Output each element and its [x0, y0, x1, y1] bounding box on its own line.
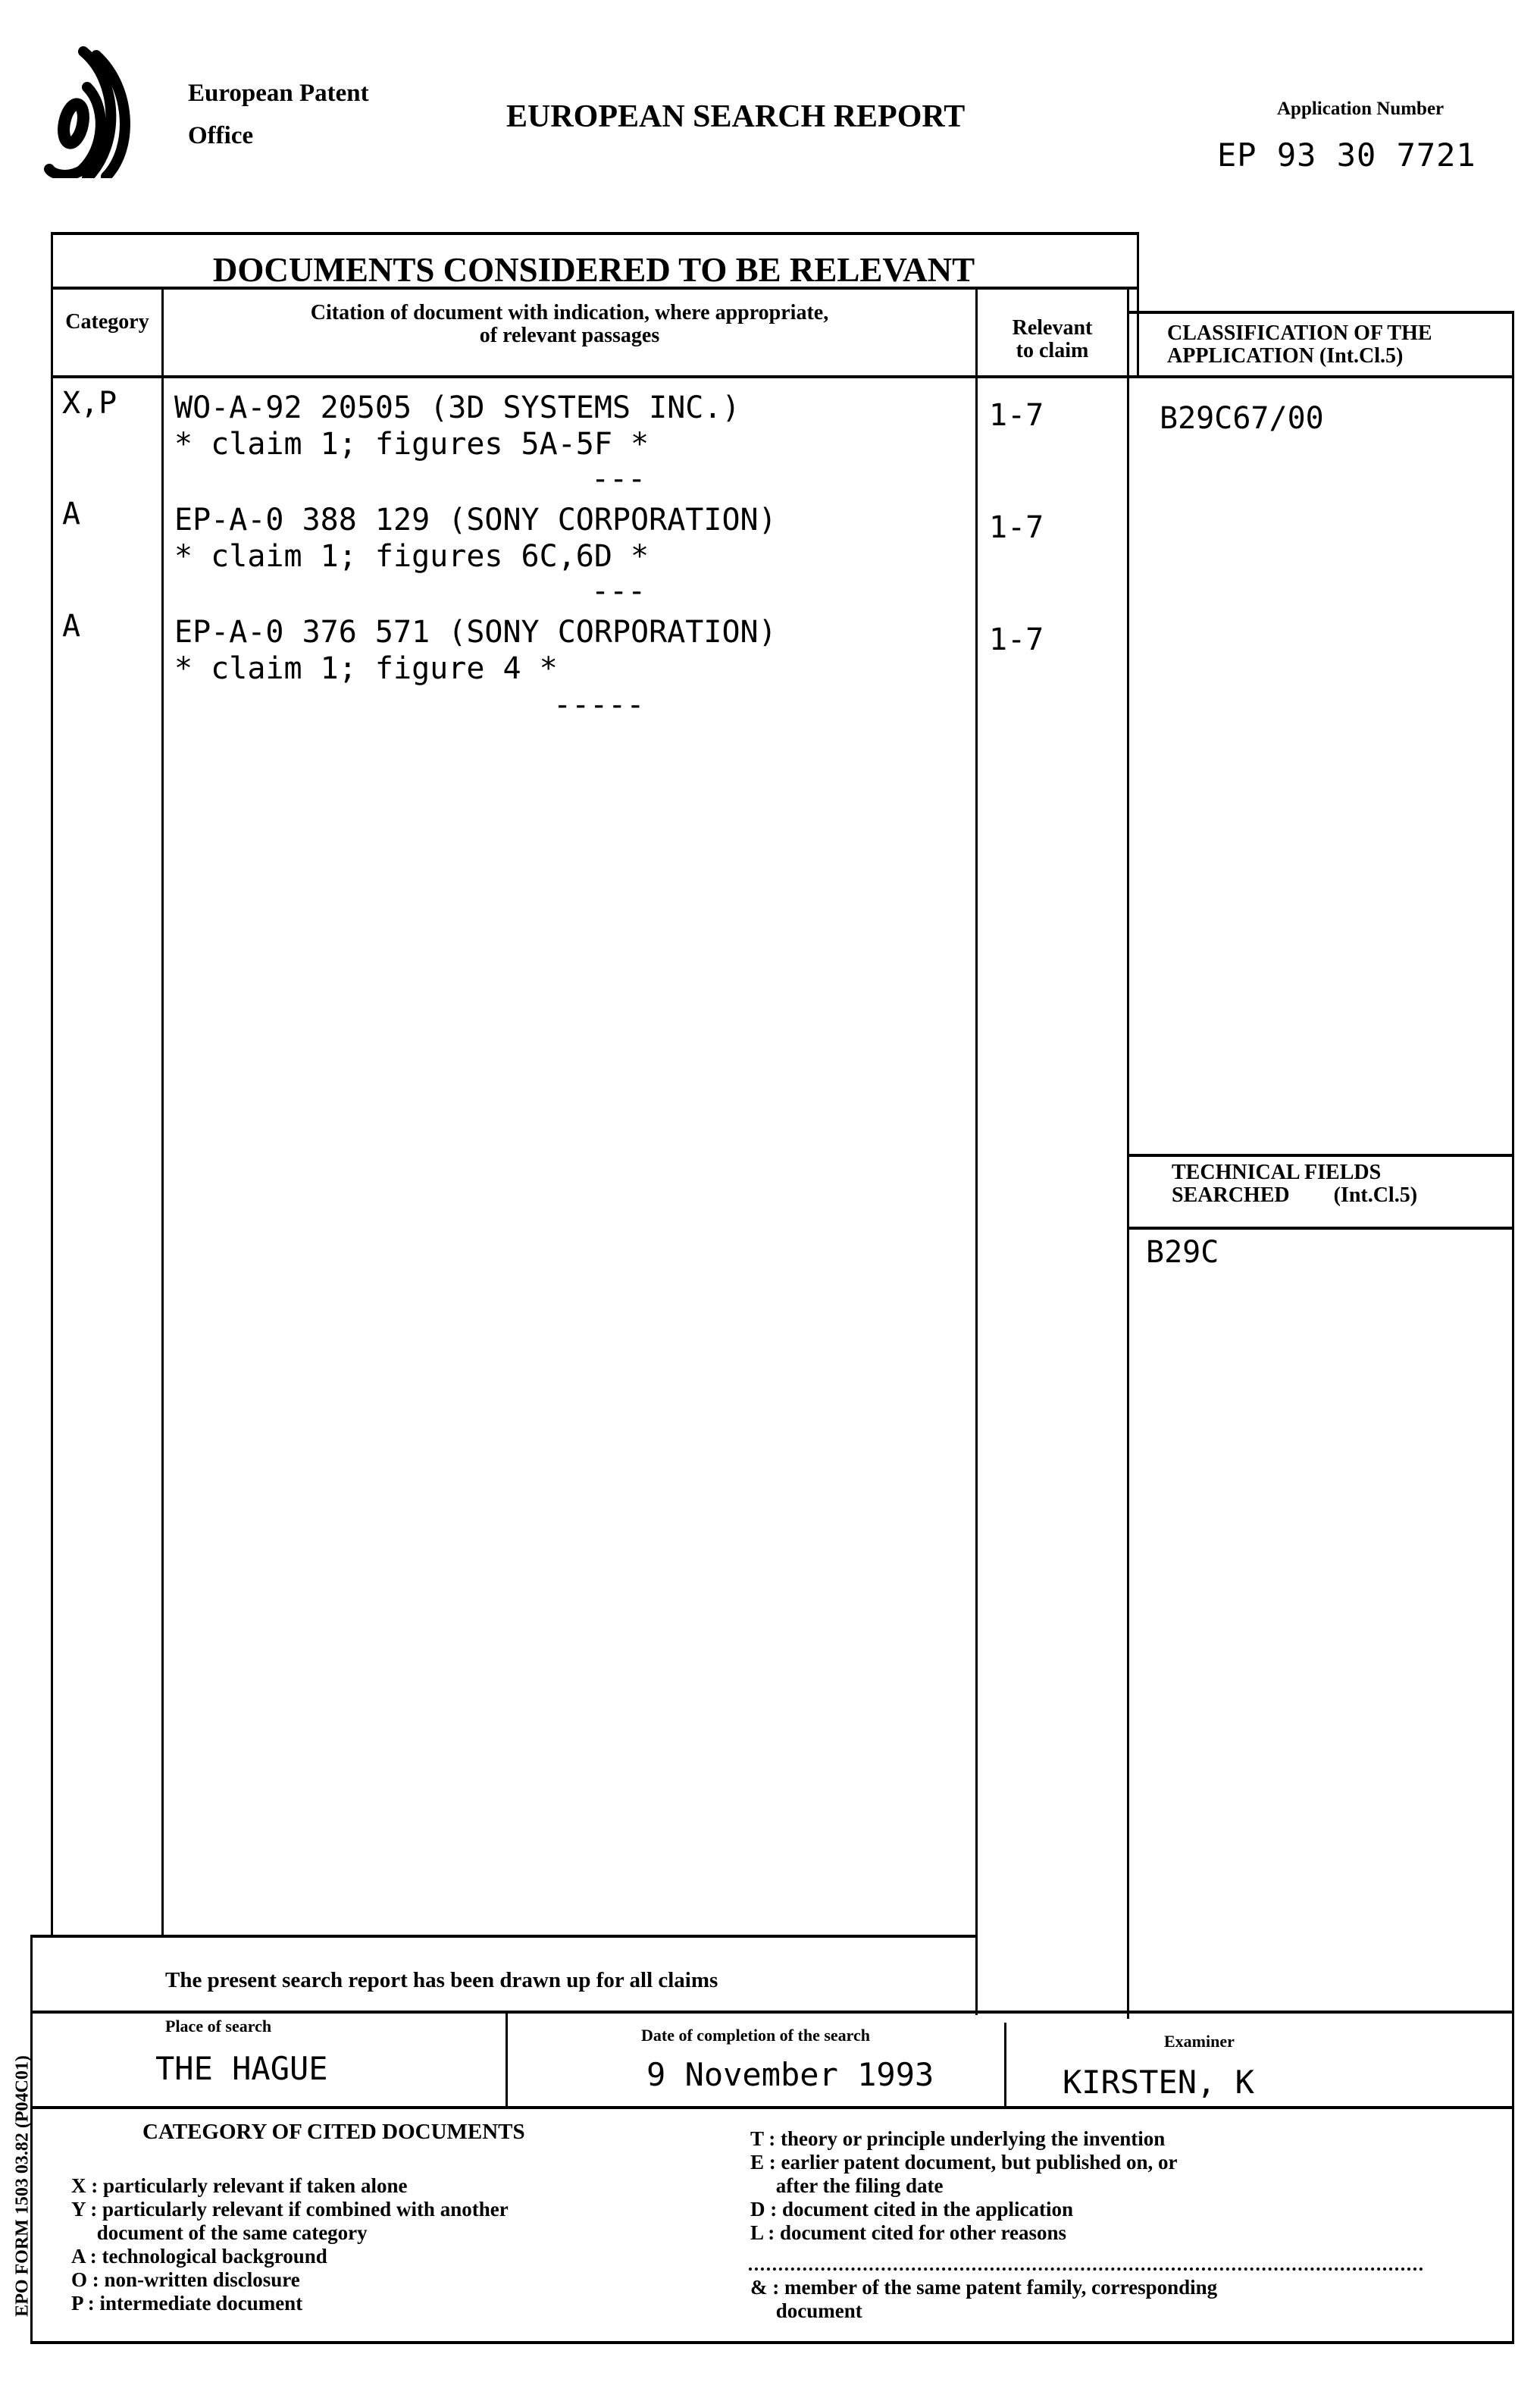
column-header-category-label: Category [65, 310, 149, 334]
row-category: A [62, 608, 80, 644]
table-border [30, 2341, 1514, 2344]
application-number: EP 93 30 7721 [1217, 136, 1476, 174]
form-identifier: EPO FORM 1503 03.82 (P04C01) [13, 2020, 33, 2353]
legend-item-t: T : theory or principle underlying the i… [750, 2127, 1178, 2151]
row-passages: * claim 1; figures 6C,6D * [174, 538, 649, 575]
legend-item-e-cont: after the filing date [750, 2174, 1178, 2198]
row-separator: ----- [553, 690, 644, 720]
column-header-relevant-line2: to claim [978, 340, 1127, 362]
office-name-line1: European Patent [188, 72, 369, 114]
legend-right-list: T : theory or principle underlying the i… [750, 2127, 1178, 2245]
legend-family: & : member of the same patent family, co… [750, 2276, 1217, 2323]
row-separator: --- [591, 464, 646, 494]
column-header-relevant-line1: Relevant [978, 317, 1127, 340]
row-citation: WO-A-92 20505 (3D SYSTEMS INC.) [174, 390, 740, 426]
classification-value: B29C67/00 [1160, 400, 1324, 437]
row-passages: * claim 1; figure 4 * [174, 650, 558, 687]
technical-fields-line2: SEARCHED [1172, 1183, 1290, 1207]
date-of-completion-label: Date of completion of the search [641, 2026, 870, 2045]
column-header-citation-line2: of relevant passages [164, 324, 975, 347]
column-header-classification-line2: APPLICATION (Int.Cl.5) [1167, 345, 1501, 368]
row-citation: EP-A-0 376 571 (SONY CORPORATION) [174, 614, 777, 650]
legend-item-o: O : non-written disclosure [71, 2268, 509, 2292]
examiner-label: Examiner [1164, 2032, 1235, 2051]
table-border [1137, 232, 1139, 378]
technical-fields-label: TECHNICAL FIELDS SEARCHED(Int.Cl.5) [1172, 1161, 1417, 1207]
table-border [975, 287, 978, 2015]
report-title: EUROPEAN SEARCH REPORT [506, 99, 965, 135]
table-border [1127, 287, 1129, 2019]
office-name: European Patent Office [188, 72, 369, 157]
row-citation: EP-A-0 388 129 (SONY CORPORATION) [174, 502, 777, 538]
table-border [506, 2011, 508, 2106]
legend-dotted-divider [749, 2268, 1423, 2271]
technical-fields-value: B29C [1146, 1234, 1219, 1271]
row-relevant: 1-7 [989, 509, 1044, 546]
column-header-citation-line1: Citation of document with indication, wh… [164, 302, 975, 324]
column-header-citation: Citation of document with indication, wh… [164, 302, 975, 347]
table-border [51, 232, 1139, 235]
legend-title: CATEGORY OF CITED DOCUMENTS [142, 2120, 525, 2145]
table-border [1127, 1154, 1514, 1157]
legend-item-p: P : intermediate document [71, 2292, 509, 2315]
column-header-relevant: Relevant to claim [978, 317, 1127, 362]
technical-fields-line1: TECHNICAL FIELDS [1172, 1161, 1417, 1184]
epo-logo-icon [34, 27, 163, 178]
table-border [30, 1935, 978, 1938]
table-border [30, 2011, 1514, 2014]
place-of-search-label: Place of search [165, 2017, 271, 2036]
examiner-value: KIRSTEN, K [1063, 2064, 1254, 2101]
place-of-search-value: THE HAGUE [155, 2050, 328, 2087]
row-category: A [62, 496, 80, 532]
table-border [51, 375, 1514, 378]
table-border [30, 2106, 1514, 2109]
office-name-line2: Office [188, 114, 369, 157]
table-border [1512, 311, 1514, 2343]
legend-item-e: E : earlier patent document, but publish… [750, 2151, 1178, 2174]
technical-fields-suffix: (Int.Cl.5) [1334, 1183, 1417, 1207]
legend-item-l: L : document cited for other reasons [750, 2221, 1178, 2245]
row-relevant: 1-7 [989, 397, 1044, 434]
row-passages: * claim 1; figures 5A-5F * [174, 426, 649, 462]
legend-item-family-cont: document [750, 2299, 1217, 2323]
legend-item-x: X : particularly relevant if taken alone [71, 2174, 509, 2198]
legend-item-y: Y : particularly relevant if combined wi… [71, 2198, 509, 2221]
row-separator: --- [591, 576, 646, 606]
date-of-completion-value: 9 November 1993 [646, 2056, 934, 2093]
table-border [161, 287, 164, 1935]
row-category: X,P [62, 385, 117, 422]
column-header-classification-line1: CLASSIFICATION OF THE [1167, 322, 1501, 345]
row-relevant: 1-7 [989, 622, 1044, 658]
column-header-classification: CLASSIFICATION OF THE APPLICATION (Int.C… [1167, 322, 1501, 368]
table-border [1004, 2023, 1006, 2108]
documents-heading: DOCUMENTS CONSIDERED TO BE RELEVANT [51, 250, 1137, 290]
legend-item-family: & : member of the same patent family, co… [750, 2276, 1217, 2299]
column-header-category: Category [53, 311, 161, 334]
all-claims-statement: The present search report has been drawn… [165, 1968, 718, 1993]
legend-left-list: X : particularly relevant if taken alone… [71, 2174, 509, 2315]
legend-item-a: A : technological background [71, 2245, 509, 2268]
table-border [1127, 311, 1514, 314]
table-border [1127, 1227, 1514, 1230]
legend-item-y-cont: document of the same category [71, 2221, 509, 2245]
table-border [51, 232, 53, 1935]
legend-item-d: D : document cited in the application [750, 2198, 1178, 2221]
application-number-label: Application Number [1277, 99, 1444, 120]
